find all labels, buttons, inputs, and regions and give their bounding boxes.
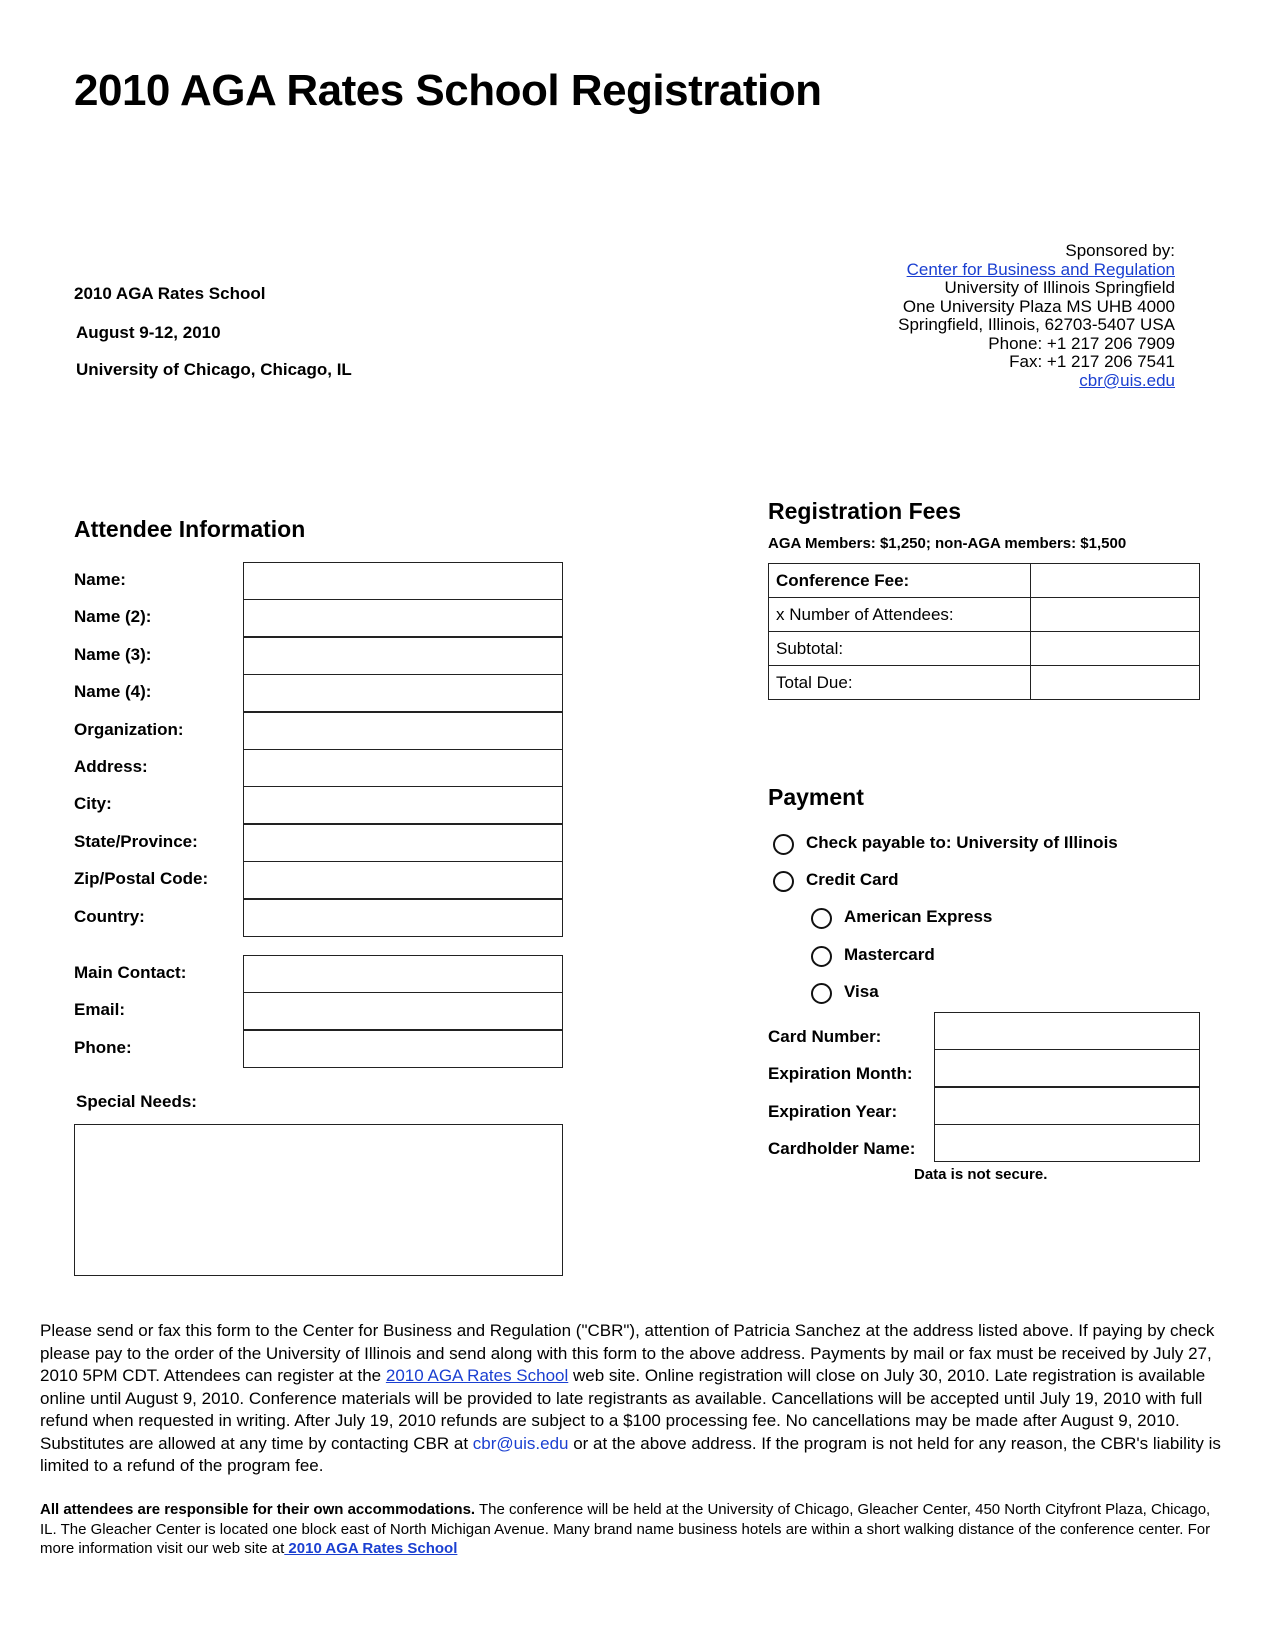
accommodations-bold: All attendees are responsible for their … [40, 1501, 475, 1518]
label-name-4: Name (4): [74, 682, 151, 702]
instructions-paragraph: Please send or fax this form to the Cent… [40, 1320, 1230, 1478]
city-field[interactable] [243, 786, 563, 824]
sponsor-fax: Fax: +1 217 206 7541 [898, 353, 1175, 372]
label-expiration-year: Expiration Year: [768, 1102, 897, 1122]
radio-american-express[interactable] [811, 908, 832, 929]
special-needs-label: Special Needs: [76, 1092, 197, 1112]
expiration-year-field[interactable] [934, 1087, 1200, 1125]
label-name: Name: [74, 570, 126, 590]
fee-value-subtotal[interactable] [1031, 632, 1200, 666]
fee-row: Total Due: [769, 666, 1200, 700]
radio-label-american-express[interactable]: American Express [844, 907, 992, 927]
sponsor-university: University of Illinois Springfield [898, 279, 1175, 298]
name-4-field[interactable] [243, 674, 563, 712]
radio-label-check-payable-to-university-of-illinois[interactable]: Check payable to: University of Illinois [806, 833, 1118, 853]
rates-school-link-2[interactable]: 2010 AGA Rates School [284, 1540, 457, 1557]
radio-visa[interactable] [811, 983, 832, 1004]
fee-row: x Number of Attendees: [769, 598, 1200, 632]
sponsor-label: Sponsored by: [898, 242, 1175, 261]
security-note: Data is not secure. [914, 1166, 1047, 1183]
radio-check-payable-to-university-of-illinois[interactable] [773, 834, 794, 855]
rates-school-link[interactable]: 2010 AGA Rates School [386, 1366, 568, 1385]
fees-subheading: AGA Members: $1,250; non-AGA members: $1… [768, 535, 1126, 552]
label-phone: Phone: [74, 1038, 132, 1058]
payment-heading: Payment [768, 784, 864, 811]
radio-label-mastercard[interactable]: Mastercard [844, 945, 935, 965]
name-2-field[interactable] [243, 599, 563, 637]
fee-row: Conference Fee: [769, 564, 1200, 598]
name-field[interactable] [243, 562, 563, 600]
label-email: Email: [74, 1000, 125, 1020]
sponsor-block: Sponsored by: Center for Business and Re… [898, 242, 1175, 390]
label-card-number: Card Number: [768, 1027, 881, 1047]
fee-label-conference-fee: Conference Fee: [769, 564, 1031, 598]
label-address: Address: [74, 757, 148, 777]
email-field[interactable] [243, 992, 563, 1030]
zip-postal-code-field[interactable] [243, 861, 563, 899]
sponsor-address1: One University Plaza MS UHB 4000 [898, 298, 1175, 317]
state-province-field[interactable] [243, 824, 563, 862]
main-contact-field[interactable] [243, 955, 563, 993]
organization-field[interactable] [243, 712, 563, 750]
event-name: 2010 AGA Rates School [74, 284, 265, 304]
fee-label-total-due: Total Due: [769, 666, 1031, 700]
label-name-3: Name (3): [74, 645, 151, 665]
fee-label-x-number-of-attendees: x Number of Attendees: [769, 598, 1031, 632]
label-country: Country: [74, 907, 145, 927]
cardholder-name-field[interactable] [934, 1124, 1200, 1162]
fee-table: Conference Fee:x Number of Attendees:Sub… [768, 563, 1200, 700]
fees-heading: Registration Fees [768, 498, 961, 525]
special-needs-textarea[interactable] [74, 1124, 563, 1276]
sponsor-email-link[interactable]: cbr@uis.edu [1079, 371, 1175, 390]
expiration-month-field[interactable] [934, 1049, 1200, 1087]
label-city: City: [74, 794, 112, 814]
fee-value-conference-fee[interactable] [1031, 564, 1200, 598]
label-main-contact: Main Contact: [74, 963, 186, 983]
label-organization: Organization: [74, 720, 184, 740]
radio-label-visa[interactable]: Visa [844, 982, 879, 1002]
label-zip-postal-code: Zip/Postal Code: [74, 869, 208, 889]
sponsor-address2: Springfield, Illinois, 62703-5407 USA [898, 316, 1175, 335]
radio-mastercard[interactable] [811, 946, 832, 967]
card-number-field[interactable] [934, 1012, 1200, 1050]
attendee-heading: Attendee Information [74, 516, 305, 543]
name-3-field[interactable] [243, 637, 563, 675]
country-field[interactable] [243, 899, 563, 937]
fee-value-total-due[interactable] [1031, 666, 1200, 700]
label-state-province: State/Province: [74, 832, 198, 852]
fee-row: Subtotal: [769, 632, 1200, 666]
cbr-email-link[interactable]: cbr@uis.edu [473, 1434, 569, 1453]
address-field[interactable] [243, 749, 563, 787]
accommodations-paragraph: All attendees are responsible for their … [40, 1500, 1230, 1559]
sponsor-org-link[interactable]: Center for Business and Regulation [907, 260, 1175, 279]
radio-label-credit-card[interactable]: Credit Card [806, 870, 899, 890]
radio-credit-card[interactable] [773, 871, 794, 892]
phone-field[interactable] [243, 1030, 563, 1068]
label-expiration-month: Expiration Month: [768, 1064, 912, 1084]
label-cardholder-name: Cardholder Name: [768, 1139, 915, 1159]
sponsor-phone: Phone: +1 217 206 7909 [898, 335, 1175, 354]
label-name-2: Name (2): [74, 607, 151, 627]
fee-label-subtotal: Subtotal: [769, 632, 1031, 666]
page-title: 2010 AGA Rates School Registration [74, 66, 822, 116]
fee-value-x-number-of-attendees[interactable] [1031, 598, 1200, 632]
event-location: University of Chicago, Chicago, IL [76, 360, 352, 380]
event-dates: August 9-12, 2010 [76, 323, 221, 343]
